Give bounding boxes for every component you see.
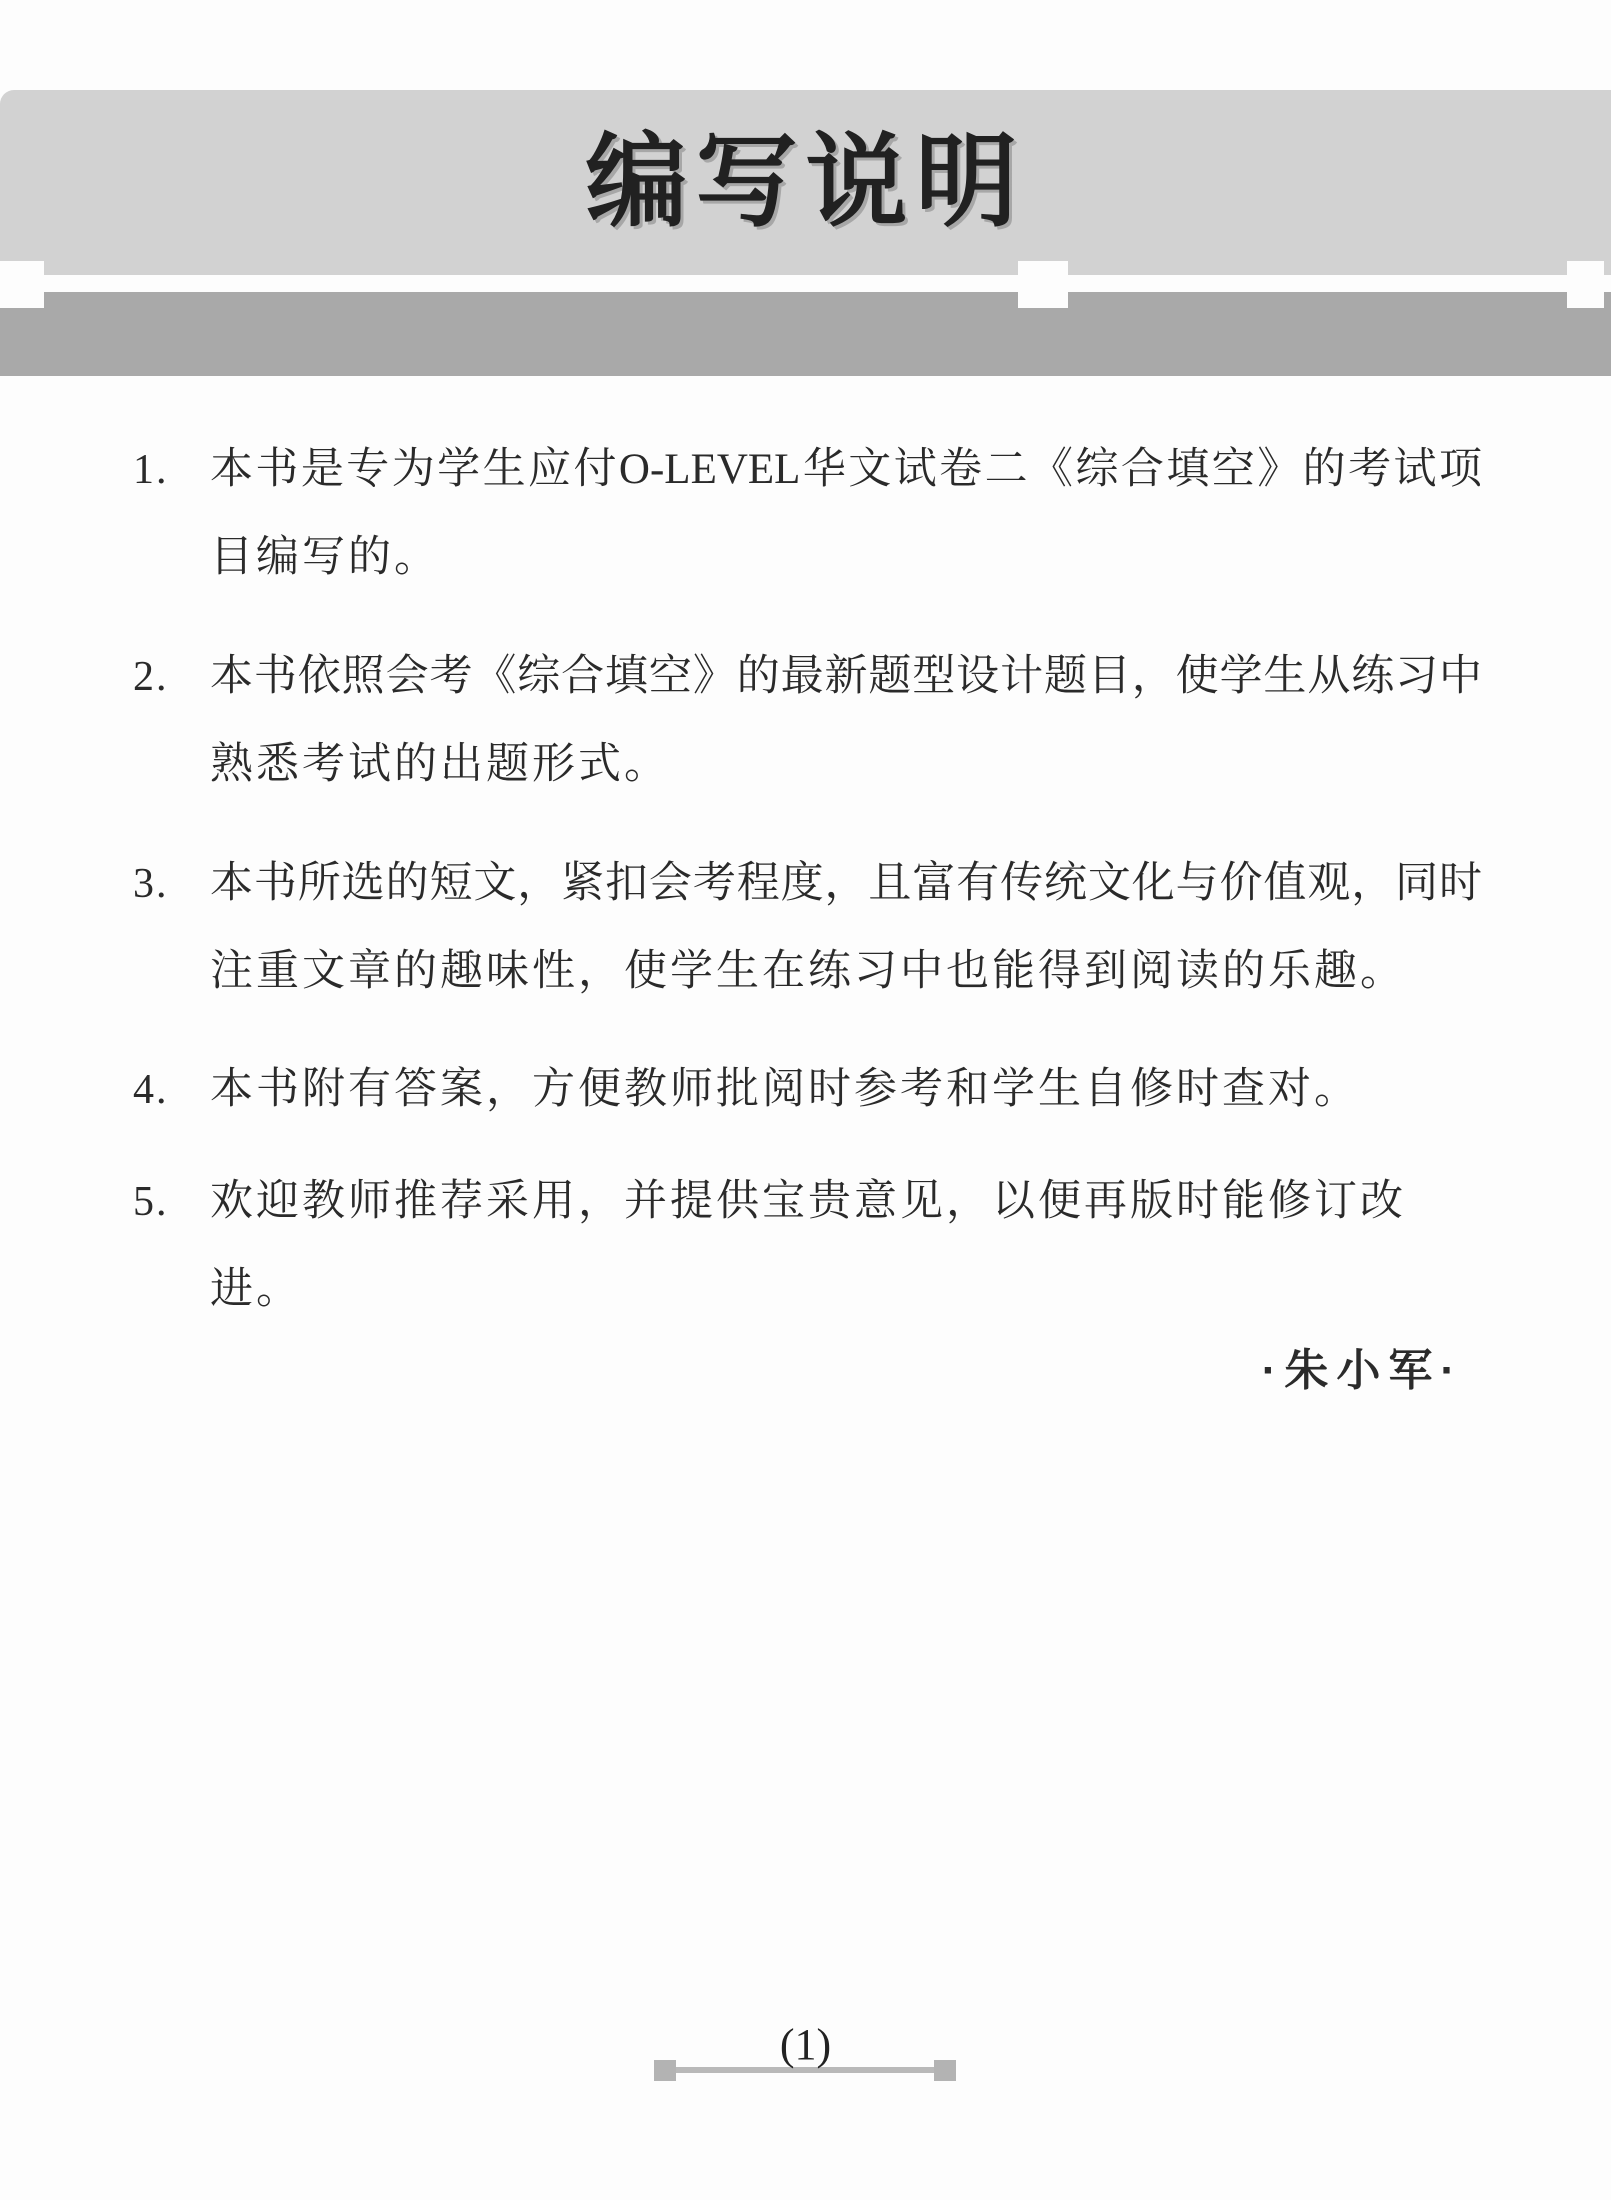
- item-text: 欢迎教师推荐采用，并提供宝贵意见，以便再版时能修订改进。: [210, 1158, 1482, 1334]
- list-item-1: 1. 本书是专为学生应付O-LEVEL华文试卷二《综合填空》的考试项 目编写的。: [133, 426, 1482, 602]
- item-number: 4.: [133, 1046, 203, 1134]
- item-number: 5.: [133, 1158, 203, 1246]
- item-text-line: 目编写的。: [210, 514, 1482, 602]
- item-text: 本书依照会考《综合填空》的最新题型设计题目，使学生从练习中 熟悉考试的出题形式。: [210, 633, 1482, 809]
- author-signature: ·朱小军·: [1262, 1342, 1463, 1400]
- header-notch-middle: [1018, 261, 1068, 308]
- item-text-line: 本书附有答案，方便教师批阅时参考和学生自修时查对。: [210, 1046, 1482, 1134]
- header-notch-right: [1567, 261, 1604, 308]
- item-text-line: 本书依照会考《综合填空》的最新题型设计题目，使学生从练习中: [210, 633, 1482, 721]
- header-band-dark: [0, 292, 1611, 376]
- item-text-line: 本书所选的短文，紧扣会考程度，且富有传统文化与价值观，同时: [210, 840, 1482, 928]
- item-text-line: 注重文章的趣味性，使学生在练习中也能得到阅读的乐趣。: [210, 928, 1482, 1016]
- item-text-line: 欢迎教师推荐采用，并提供宝贵意见，以便再版时能修订改进。: [210, 1158, 1482, 1334]
- list-item-4: 4. 本书附有答案，方便教师批阅时参考和学生自修时查对。: [133, 1046, 1482, 1134]
- page-title: 编写说明: [0, 126, 1611, 238]
- item-number: 1.: [133, 426, 203, 514]
- header-notch-left: [0, 261, 44, 308]
- item-text: 本书是专为学生应付O-LEVEL华文试卷二《综合填空》的考试项 目编写的。: [210, 426, 1482, 602]
- item-text: 本书附有答案，方便教师批阅时参考和学生自修时查对。: [210, 1046, 1482, 1134]
- item-text: 本书所选的短文，紧扣会考程度，且富有传统文化与价值观，同时 注重文章的趣味性，使…: [210, 840, 1482, 1016]
- list-item-5: 5. 欢迎教师推荐采用，并提供宝贵意见，以便再版时能修订改进。: [133, 1158, 1482, 1334]
- item-text-line: 熟悉考试的出题形式。: [210, 721, 1482, 809]
- item-number: 3.: [133, 840, 203, 928]
- item-text-line: 本书是专为学生应付O-LEVEL华文试卷二《综合填空》的考试项: [210, 426, 1482, 514]
- list-item-2: 2. 本书依照会考《综合填空》的最新题型设计题目，使学生从练习中 熟悉考试的出题…: [133, 633, 1482, 809]
- page-number: (1): [0, 2022, 1611, 2068]
- list-item-3: 3. 本书所选的短文，紧扣会考程度，且富有传统文化与价值观，同时 注重文章的趣味…: [133, 840, 1482, 1016]
- item-number: 2.: [133, 633, 203, 721]
